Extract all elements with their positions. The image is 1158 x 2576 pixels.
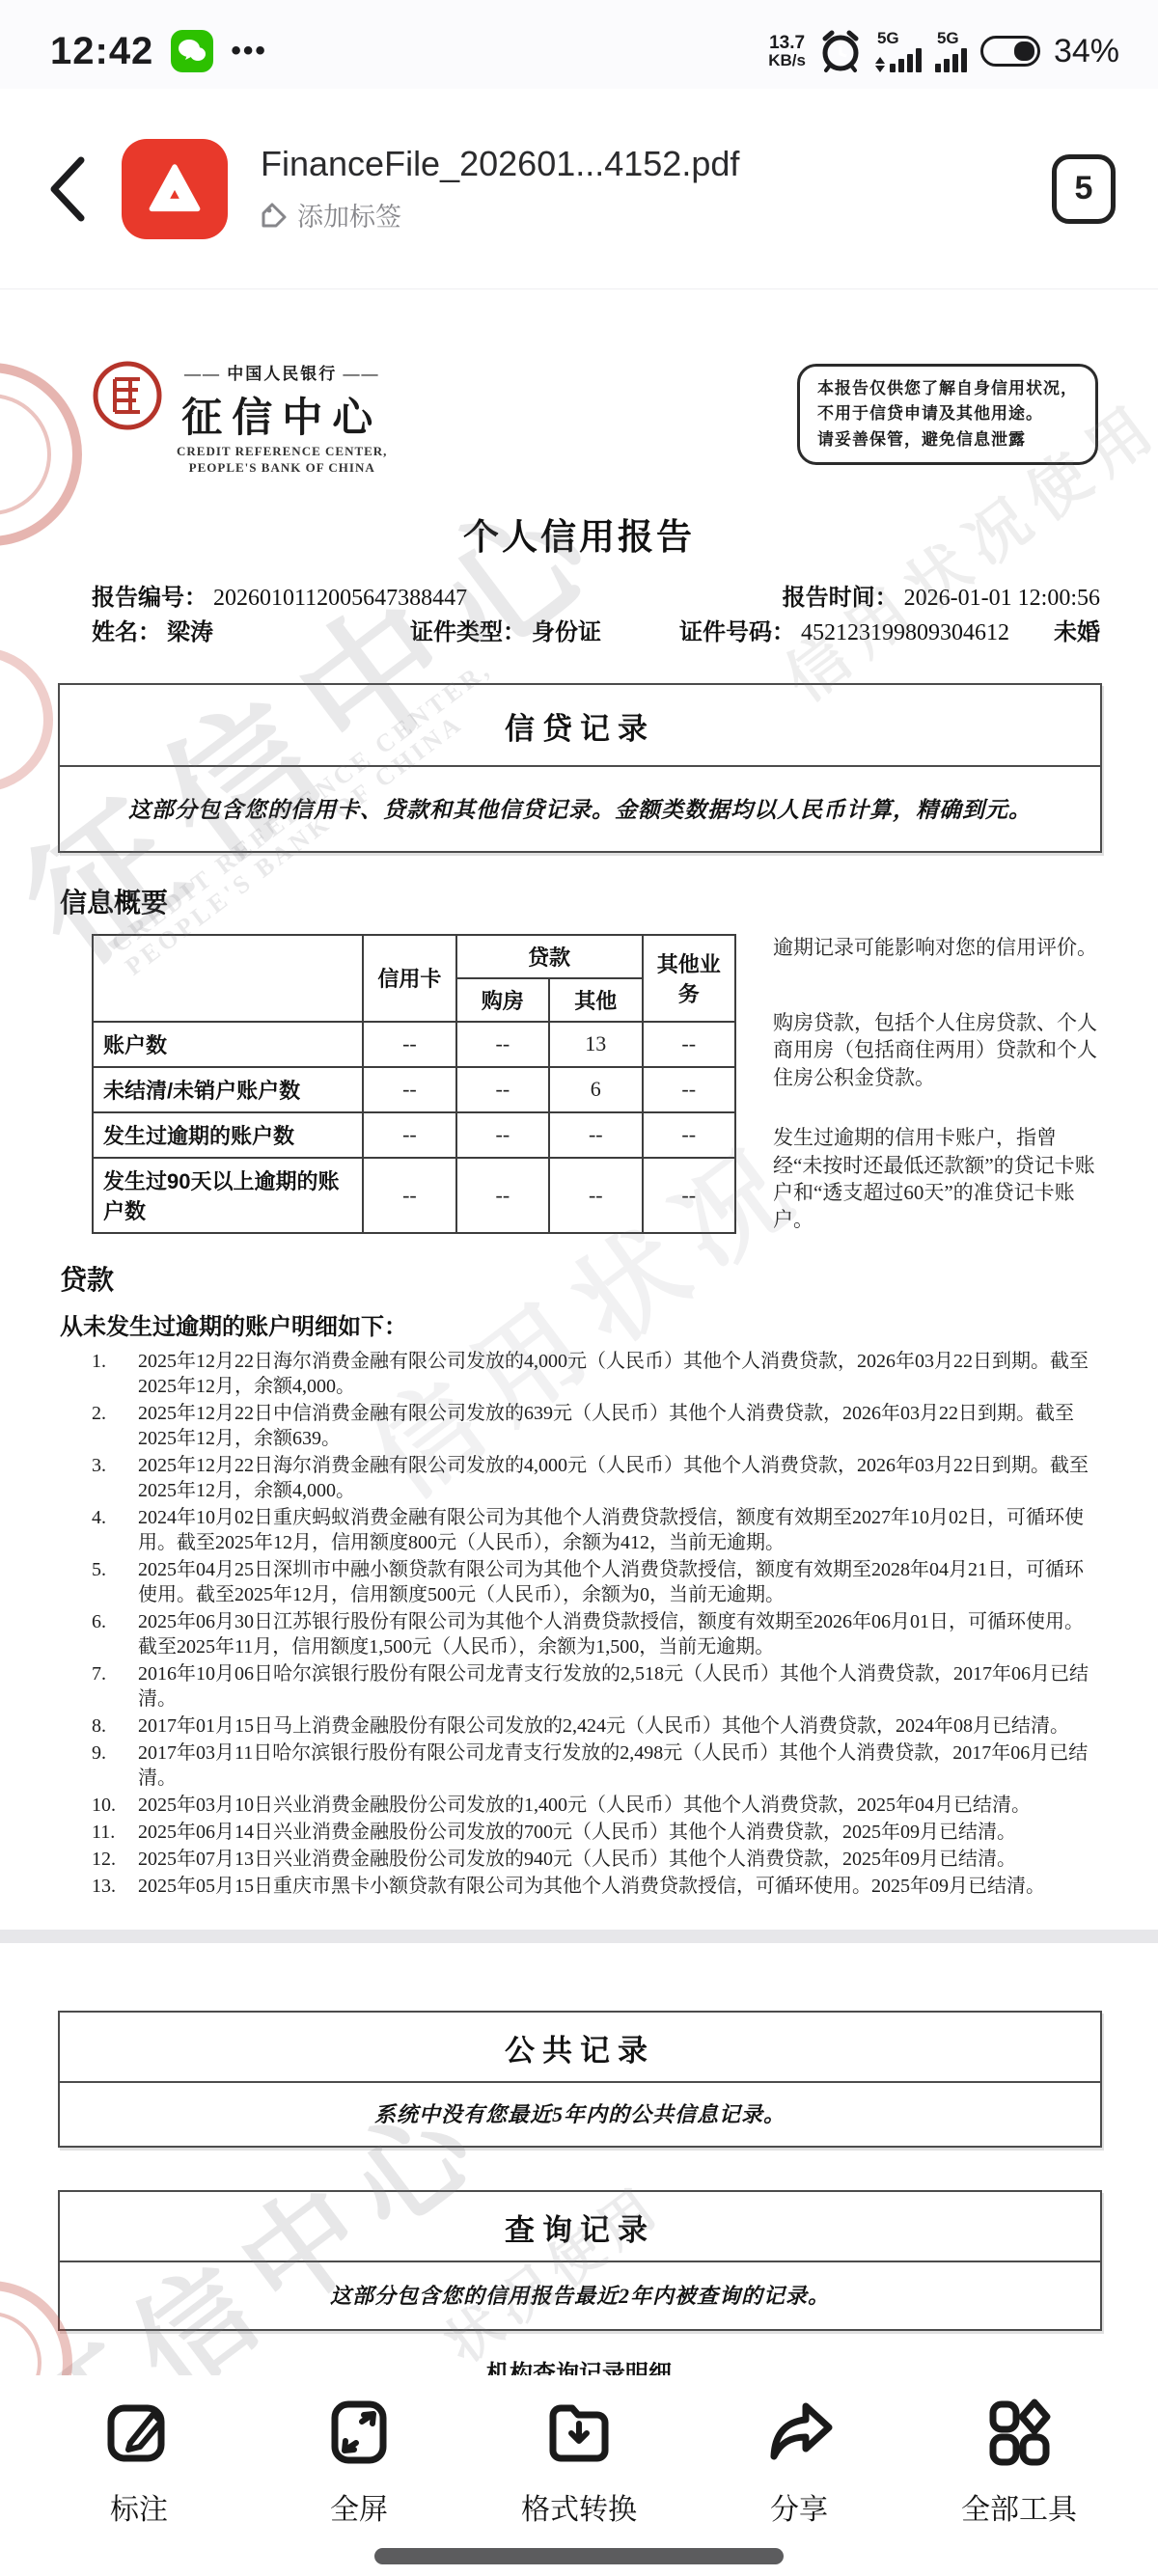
page-count-badge[interactable]: 5 (1052, 154, 1116, 224)
summary-heading: 信息概要 (0, 882, 1158, 920)
pdf-viewer-canvas[interactable]: 征信中心 CREDIT REFERENCE CENTER, PEOPLE'S B… (0, 290, 1158, 2375)
name-value: 梁涛 (167, 616, 213, 650)
report-no-value: 2026010112005647388447 (213, 581, 467, 616)
battery-percent: 34% (1054, 33, 1119, 70)
phone-screen: 12:42 ••• 13.7 KB/s 5G 5G (0, 0, 1158, 2576)
share-button[interactable]: 分享 (712, 2395, 886, 2528)
report-no-label: 报告编号： (92, 581, 207, 616)
file-title: FinanceFile_202601...4152.pdf (261, 144, 1052, 184)
share-label: 分享 (770, 2485, 828, 2528)
table-row: 发生过逾期的账户数 -- -- -- -- (93, 1112, 735, 1158)
col-credit-card: 信用卡 (363, 935, 455, 1022)
col-loan-other: 其他 (549, 978, 642, 1022)
sim2-signal: 5G (935, 30, 967, 72)
battery-icon (980, 36, 1040, 67)
annotate-icon (101, 2395, 177, 2470)
pboc-seal-icon (92, 360, 163, 431)
loans-intro: 从未发生过逾期的账户明细如下： (0, 1307, 1158, 1341)
id-type-label: 证件类型： (410, 616, 526, 650)
annotate-button[interactable]: 标注 (52, 2395, 226, 2528)
wechat-notification-icon (171, 30, 213, 72)
pdf-viewer-header: FinanceFile_202601...4152.pdf 添加标签 5 (0, 89, 1158, 289)
sim1-signal: 5G (875, 30, 922, 72)
add-tag-button[interactable]: 添加标签 (261, 196, 1052, 233)
logo-en-line2: PEOPLE'S BANK OF CHINA (177, 460, 387, 477)
list-item: 3.2025年12月22日海尔消费金融有限公司发放的4,000元（人民币）其他个… (92, 1453, 1102, 1503)
list-item: 8.2017年01月15日马上消费金融股份有限公司发放的2,424元（人民币）其… (92, 1713, 1102, 1739)
list-item: 10.2025年03月10日兴业消费金融股份公司发放的1,400元（人民币）其他… (92, 1793, 1102, 1818)
logo-en-line1: CREDIT REFERENCE CENTER, (177, 444, 387, 460)
marital-status: 未婚 (1054, 616, 1100, 650)
fullscreen-button[interactable]: 全屏 (272, 2395, 446, 2528)
logo-center-name: 征信中心 (177, 386, 387, 444)
report-meta: 报告编号：2026010112005647388447 报告时间：2026-01… (0, 581, 1158, 650)
all-tools-button[interactable]: 全部工具 (932, 2395, 1106, 2528)
report-title: 个人信用报告 (0, 507, 1158, 560)
col-loan: 贷款 (456, 935, 643, 978)
pdf-page-2: 征信中心 状况使用 公共记录 系统中没有您最近5年内的公共信息记录。 查询记录 … (0, 1943, 1158, 2375)
query-record-subtitle: 这部分包含您的信用报告最近2年内被查询的记录。 (60, 2262, 1100, 2329)
table-row: 未结清/未销户账户数 -- -- 6 -- (93, 1067, 735, 1112)
list-item: 9.2017年03月11日哈尔滨银行股份有限公司龙青支行发放的2,498元（人民… (92, 1740, 1102, 1791)
name-label: 姓名： (92, 616, 161, 650)
alarm-clock-icon (819, 29, 862, 73)
convert-label: 格式转换 (521, 2485, 637, 2528)
logo-bank-line: —— 中国人民银行 —— (177, 360, 387, 384)
id-type-value: 身份证 (532, 616, 601, 650)
list-item: 6.2025年06月30日江苏银行股份有限公司为其他个人消费贷款授信，额度有效期… (92, 1609, 1102, 1659)
list-item: 1.2025年12月22日海尔消费金融有限公司发放的4,000元（人民币）其他个… (92, 1349, 1102, 1399)
add-tag-label: 添加标签 (297, 196, 401, 233)
status-bar: 12:42 ••• 13.7 KB/s 5G 5G (0, 0, 1158, 89)
clock-time: 12:42 (50, 30, 153, 73)
more-notifications-dots: ••• (231, 35, 267, 68)
table-row: 账户数 -- -- 13 -- (93, 1022, 735, 1067)
table-row: 发生过90天以上逾期的账户数 -- -- -- -- (93, 1158, 735, 1233)
convert-folder-icon (541, 2395, 617, 2470)
list-item: 11.2025年06月14日兴业消费金融股份公司发放的700元（人民币）其他个人… (92, 1820, 1102, 1845)
annotate-label: 标注 (110, 2485, 168, 2528)
query-record-title: 查询记录 (60, 2192, 1100, 2262)
credit-center-logo: —— 中国人民银行 —— 征信中心 CREDIT REFERENCE CENTE… (92, 360, 387, 477)
pdf-page-1: 征信中心 CREDIT REFERENCE CENTER, PEOPLE'S B… (0, 290, 1158, 1930)
share-arrow-icon (761, 2395, 837, 2470)
list-item: 2.2025年12月22日中信消费金融有限公司发放的639元（人民币）其他个人消… (92, 1401, 1102, 1451)
fullscreen-label: 全屏 (330, 2485, 388, 2528)
data-activity-arrows (875, 57, 885, 72)
credit-record-subtitle: 这部分包含您的信用卡、贷款和其他信贷记录。金额类数据均以人民币计算，精确到元。 (60, 767, 1100, 851)
bottom-toolbar: 标注 全屏 格式转换 分享 (0, 2375, 1158, 2576)
loan-list: 1.2025年12月22日海尔消费金融有限公司发放的4,000元（人民币）其他个… (0, 1341, 1158, 1899)
page-separator (0, 1930, 1158, 1943)
public-record-title: 公共记录 (60, 2013, 1100, 2083)
query-record-box: 查询记录 这部分包含您的信用报告最近2年内被查询的记录。 (58, 2190, 1102, 2331)
loans-heading: 贷款 (0, 1259, 1158, 1298)
public-record-box: 公共记录 系统中没有您最近5年内的公共信息记录。 (58, 2011, 1102, 2148)
col-other-biz: 其他业务 (643, 935, 736, 1022)
list-item: 4.2024年10月02日重庆蚂蚁消费金融有限公司为其他个人消费贷款授信，额度有… (92, 1505, 1102, 1555)
network-speed: 13.7 KB/s (768, 34, 806, 69)
credit-record-box: 信贷记录 这部分包含您的信用卡、贷款和其他信贷记录。金额类数据均以人民币计算，精… (58, 683, 1102, 853)
privacy-notice-box: 本报告仅供您了解自身信用状况， 不用于信贷申请及其他用途。 请妥善保管，避免信息… (797, 364, 1098, 465)
all-tools-grid-icon (981, 2395, 1057, 2470)
summary-notes: 逾期记录可能影响对您的信用评价。 购房贷款，包括个人住房贷款、个人商用房（包括商… (773, 934, 1100, 1234)
list-item: 7.2016年10月06日哈尔滨银行股份有限公司龙青支行发放的2,518元（人民… (92, 1661, 1102, 1712)
list-item: 13.2025年05月15日重庆市黑卡小额贷款有限公司为其他个人消费贷款授信，可… (92, 1874, 1102, 1899)
all-tools-label: 全部工具 (961, 2485, 1077, 2528)
pdf-app-icon (122, 139, 228, 239)
id-no-label: 证件号码： (679, 616, 795, 650)
summary-table: 信用卡 贷款 其他业务 购房 其他 账户数 -- -- 13 -- (92, 934, 736, 1234)
back-button[interactable] (46, 151, 100, 228)
list-item: 12.2025年07月13日兴业消费金融股份公司发放的940元（人民币）其他个人… (92, 1847, 1102, 1872)
query-detail-heading: 机构查询记录明细 (0, 2354, 1158, 2375)
col-loan-house: 购房 (456, 978, 549, 1022)
credit-record-title: 信贷记录 (60, 685, 1100, 767)
list-item: 5.2025年04月25日深圳市中融小额贷款有限公司为其他个人消费贷款授信，额度… (92, 1557, 1102, 1607)
fullscreen-icon (321, 2395, 397, 2470)
id-no-value: 452123199809304612 (801, 616, 1009, 650)
report-time-label: 报告时间： (783, 581, 898, 616)
public-record-subtitle: 系统中没有您最近5年内的公共信息记录。 (60, 2083, 1100, 2146)
report-time-value: 2026-01-01 12:00:56 (904, 581, 1100, 616)
home-indicator-bar[interactable] (374, 2548, 784, 2564)
convert-button[interactable]: 格式转换 (492, 2395, 666, 2528)
red-seal-stamp (0, 647, 53, 792)
tag-icon (261, 202, 288, 229)
